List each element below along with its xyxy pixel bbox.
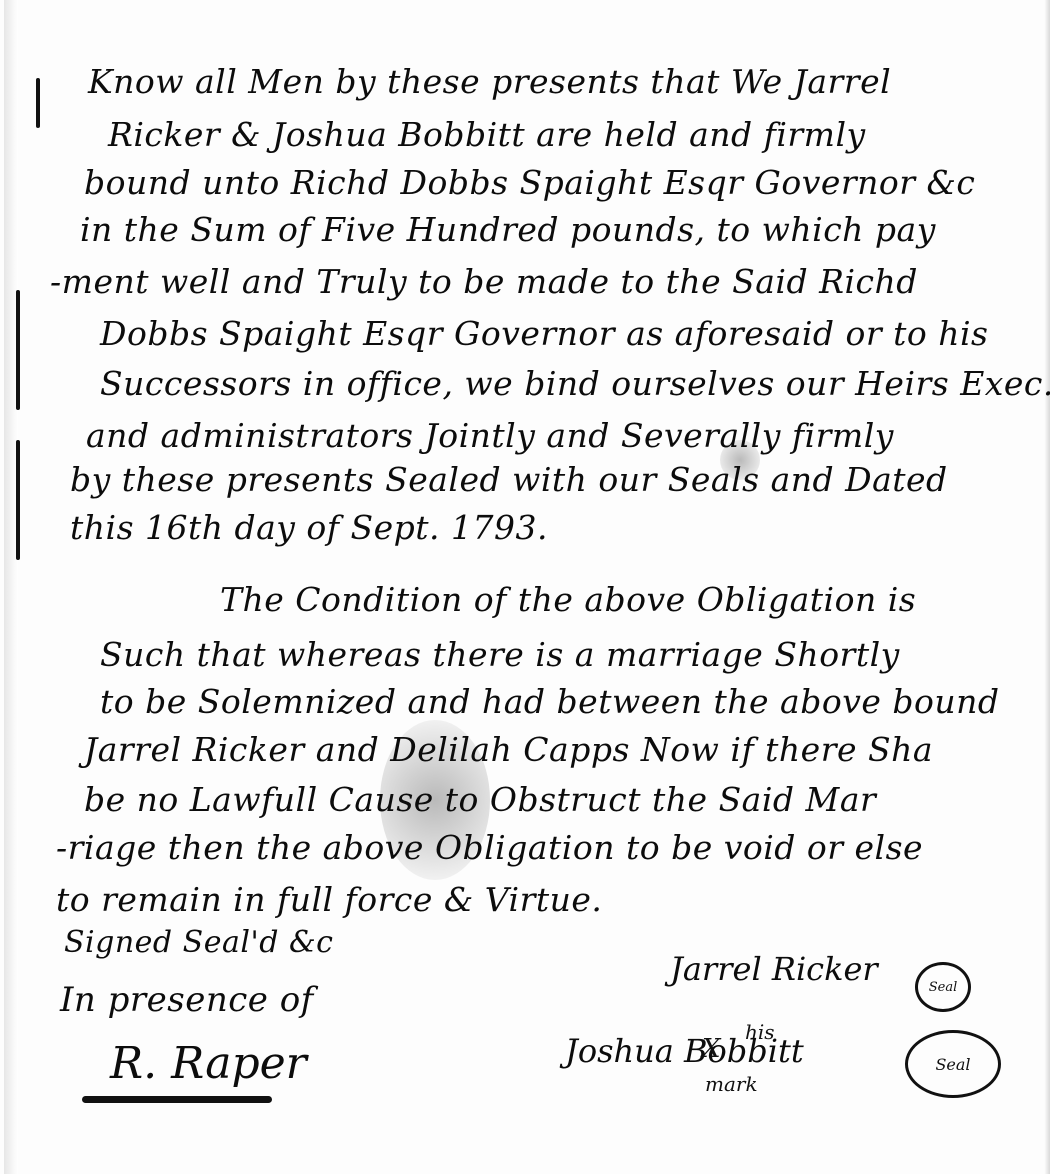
seal-circle: Seal [905,1030,1001,1098]
signature-mark-x: X [702,1034,721,1064]
bond-line: -ment well and Truly to be made to the S… [50,262,918,301]
condition-line: to remain in full force & Virtue. [56,880,602,919]
edge-ink-mark [16,440,20,560]
document-page: Know all Men by these presents that We J… [0,0,1050,1174]
edge-ink-mark [36,78,40,128]
condition-line: Such that whereas there is a marriage Sh… [100,635,900,674]
condition-line: Jarrel Ricker and Delilah Capps Now if t… [84,730,933,769]
bond-line: Successors in office, we bind ourselves … [100,364,1050,403]
condition-line: The Condition of the above Obligation is [220,580,916,619]
bond-line: Dobbs Spaight Esqr Governor as aforesaid… [100,314,989,353]
condition-line: be no Lawfull Cause to Obstruct the Said… [84,780,876,819]
witness-signature-underline [82,1096,272,1103]
page-right-edge [1044,0,1050,1174]
seal-label: Seal [929,980,958,995]
signed-sealed-label: Signed Seal'd &c [64,925,333,960]
witness-signature: R. Raper [110,1038,307,1089]
seal-circle: Seal [915,962,971,1012]
bond-line: in the Sum of Five Hundred pounds, to wh… [80,210,936,249]
bond-line: and administrators Jointly and Severally… [86,416,894,455]
signatory-name-joshua-bobbitt: Joshua Bobbitt [565,1032,804,1070]
in-presence-of-label: In presence of [60,980,314,1020]
edge-ink-mark [16,290,20,410]
bond-line: Ricker & Joshua Bobbitt are held and fir… [108,115,866,154]
seal-label: Seal [935,1055,970,1074]
bond-line: Know all Men by these presents that We J… [88,62,891,101]
bond-line: bound unto Richd Dobbs Spaight Esqr Gove… [84,163,975,202]
mark-label-mark: mark [705,1072,758,1096]
bond-line: by these presents Sealed with our Seals … [70,460,948,499]
condition-line: -riage then the above Obligation to be v… [56,828,923,867]
condition-line: to be Solemnized and had between the abo… [100,682,999,721]
signatory-name-jarrel-ricker: Jarrel Ricker [670,950,878,988]
page-left-edge [4,0,18,1174]
bond-date-line: this 16th day of Sept. 1793. [70,508,548,547]
